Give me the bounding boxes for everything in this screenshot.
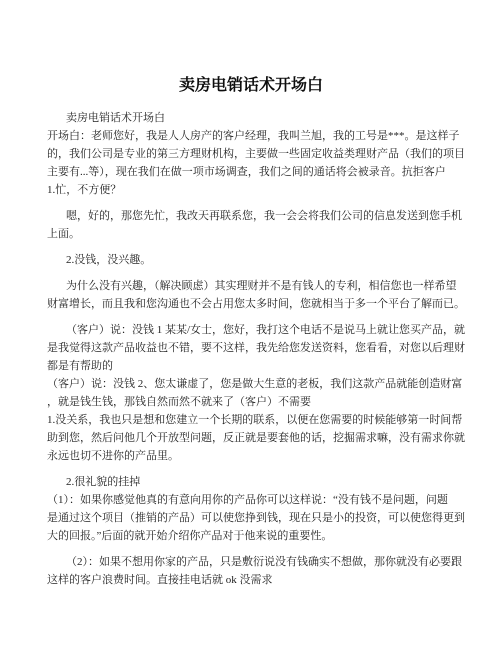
text-line: 嗯，好的，那您先忙，我改天再联系您，我一会会将我们公司的信息发送到您手机	[47, 207, 455, 225]
text-line: 财富增长，而且我和您沟通也不会占用您太多时间，您就相当于多一个平台了解而已。	[47, 295, 455, 313]
paragraph: 开场白：老师您好，我是人人房产的客户经理，我叫兰旭，我的工号是***。是这样子的…	[47, 127, 455, 199]
paragraph: 为什么没有兴趣，（解决顾虑）其实理财并不是有钱人的专利，相信您也一样希望财富增长…	[47, 277, 455, 313]
text-line: 大的回报。”后面的就开始介绍你产品对于他来说的重要性。	[47, 527, 455, 545]
text-line: 助到您，然后问他几个开放型问题，反正就是要套他的话，挖掘需求嘛，没有需求你就	[47, 429, 455, 447]
text-line: 1.忙，不方便？	[47, 181, 455, 199]
text-line: 是我觉得这款产品收益也不错，要不这样，我先给您发送资料，您看看，对您以后理财	[47, 339, 455, 357]
text-line: 都是有帮助的	[47, 357, 455, 375]
text-line: 永远也切不进你的产品里。	[47, 447, 455, 465]
text-line: （客户）说：没钱 2、您太谦虚了，您是做大生意的老板，我们这款产品就能创造财富	[47, 375, 455, 393]
text-line: 的，我们公司是专业的第三方理财机构，主要做一些固定收益类理财产品（我们的项目	[47, 145, 455, 163]
text-line: ，就是钱生钱，那钱自然而然不就来了（客户）不需要	[47, 393, 455, 411]
text-line: 卖房电销话术开场白	[47, 109, 455, 127]
text-line: （1）：如果你感觉他真的有意向用你的产品你可以这样说：“没有钱不是问题，问题	[47, 491, 455, 509]
text-line: （2）：如果不想用你家的产品，只是敷衍说没有钱确实不想做，那你就没有必要跟	[47, 553, 455, 571]
document-body: 卖房电销话术开场白开场白：老师您好，我是人人房产的客户经理，我叫兰旭，我的工号是…	[47, 109, 455, 589]
text-line: 2.没钱，没兴趣。	[47, 251, 455, 269]
paragraph: 2.很礼貌的挂掉	[47, 473, 455, 491]
text-line: 是通过这个项目（推销的产品）可以使您挣到钱，现在只是小的投资，可以使您得更到	[47, 509, 455, 527]
document-title: 卖房电销话术开场白	[47, 74, 455, 98]
paragraph: （2）：如果不想用你家的产品，只是敷衍说没有钱确实不想做，那你就没有必要跟这样的…	[47, 553, 455, 589]
paragraph: 2.没钱，没兴趣。	[47, 251, 455, 269]
paragraph: 嗯，好的，那您先忙，我改天再联系您，我一会会将我们公司的信息发送到您手机上面。	[47, 207, 455, 243]
text-line: 为什么没有兴趣，（解决顾虑）其实理财并不是有钱人的专利，相信您也一样希望	[47, 277, 455, 295]
text-line: 主要有...等），现在我们在做一项市场调查，我们之间的通话将会被录音。抗拒客户	[47, 163, 455, 181]
text-line: 开场白：老师您好，我是人人房产的客户经理，我叫兰旭，我的工号是***。是这样子	[47, 127, 455, 145]
text-line: 1.没关系，我也只是想和您建立一个长期的联系，以便在您需要的时候能够第一时间帮	[47, 411, 455, 429]
paragraph: 卖房电销话术开场白	[47, 109, 455, 127]
text-line: （客户）说：没钱 1 某某/女士，您好，我打这个电话不是说马上就让您买产品，就	[47, 321, 455, 339]
text-line: 2.很礼貌的挂掉	[47, 473, 455, 491]
text-line: 这样的客户浪费时间。直接挂电话就 ok 没需求	[47, 571, 455, 589]
text-line: 上面。	[47, 225, 455, 243]
paragraph: （客户）说：没钱 1 某某/女士，您好，我打这个电话不是说马上就让您买产品，就是…	[47, 321, 455, 465]
document-page: 卖房电销话术开场白 卖房电销话术开场白开场白：老师您好，我是人人房产的客户经理，…	[0, 0, 500, 647]
paragraph: （1）：如果你感觉他真的有意向用你的产品你可以这样说：“没有钱不是问题，问题是通…	[47, 491, 455, 545]
